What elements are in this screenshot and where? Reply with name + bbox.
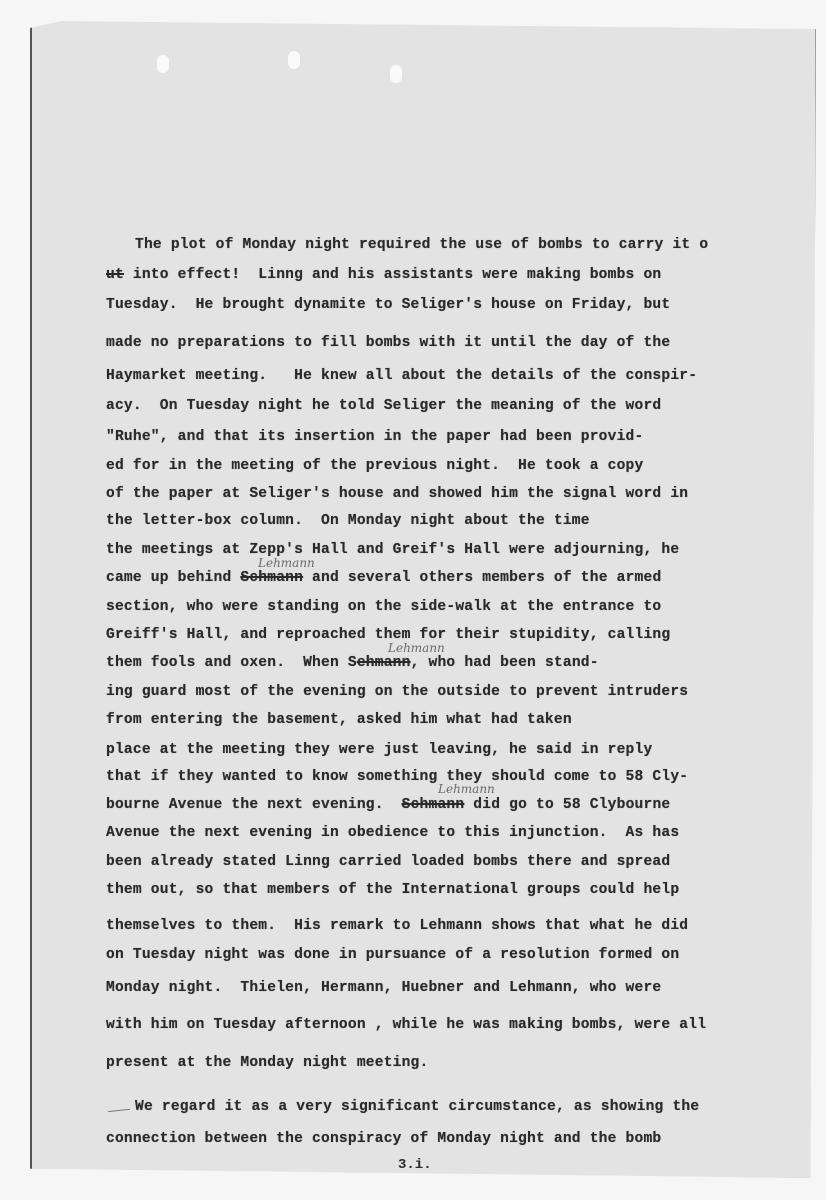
text-line: Tuesday. He brought dynamite to Seliger'… xyxy=(106,296,670,314)
text-segment: did go to 58 Clybourne xyxy=(464,797,670,813)
handwritten-annotation: Lehmann xyxy=(438,782,495,796)
punch-hole xyxy=(157,55,169,73)
punch-hole xyxy=(288,51,300,69)
text-line: the meetings at Zepp's Hall and Greif's … xyxy=(106,541,679,559)
text-line: We regard it as a very significant circu… xyxy=(135,1098,699,1116)
text-line: that if they wanted to know something th… xyxy=(106,768,688,786)
document-page xyxy=(30,14,816,1178)
text-line: Avenue the next evening in obedience to … xyxy=(106,824,679,842)
text-line: the letter-box column. On Monday night a… xyxy=(106,512,590,530)
text-line: The plot of Monday night required the us… xyxy=(135,236,708,254)
text-line: Monday night. Thielen, Hermann, Huebner … xyxy=(106,979,661,997)
text-line: Haymarket meeting. He knew all about the… xyxy=(106,367,697,385)
text-line: them out, so that members of the Interna… xyxy=(106,881,679,899)
text-segment: and several others members of the armed xyxy=(303,570,661,586)
text-line: ut into effect! Linng and his assistants… xyxy=(106,266,661,284)
text-segment: them fools and oxen. When S xyxy=(106,655,357,671)
text-line: present at the Monday night meeting. xyxy=(106,1054,428,1072)
text-line: of the paper at Seliger's house and show… xyxy=(106,485,688,503)
struck-text: Schmann xyxy=(240,570,303,586)
text-line: bourne Avenue the next evening. Schmann … xyxy=(106,796,670,814)
text-line: connection between the conspiracy of Mon… xyxy=(106,1130,661,1148)
text-segment: , who had been stand- xyxy=(411,655,599,671)
text-line: "Ruhe", and that its insertion in the pa… xyxy=(106,428,643,446)
text-line: section, who were standing on the side-w… xyxy=(106,598,661,616)
struck-text: Schmann xyxy=(402,797,465,813)
text-segment: bourne Avenue the next evening. xyxy=(106,797,402,813)
page-number: 3.i. xyxy=(398,1157,432,1173)
text-line: been already stated Linng carried loaded… xyxy=(106,853,670,871)
text-line: place at the meeting they were just leav… xyxy=(106,741,652,759)
punch-hole xyxy=(390,65,402,83)
handwritten-annotation: Lehmann xyxy=(388,641,445,655)
text-line: them fools and oxen. When Sehmann, who h… xyxy=(106,654,599,672)
text-line: with him on Tuesday afternoon , while he… xyxy=(106,1016,706,1034)
text-line: made no preparations to fill bombs with … xyxy=(106,334,670,352)
text-line: on Tuesday night was done in pursuance o… xyxy=(106,946,679,964)
text-segment: came up behind xyxy=(106,570,240,586)
text-segment: into effect! Linng and his assistants we… xyxy=(124,267,661,283)
struck-text: ut xyxy=(106,267,124,283)
text-line: came up behind Schmann and several other… xyxy=(106,569,661,587)
handwritten-annotation: Lehmann xyxy=(258,556,315,570)
text-line: from entering the basement, asked him wh… xyxy=(106,711,572,729)
text-line: ing guard most of the evening on the out… xyxy=(106,683,688,701)
text-line: themselves to them. His remark to Lehman… xyxy=(106,917,688,935)
struck-text: ehmann xyxy=(357,655,411,671)
text-line: acy. On Tuesday night he told Seliger th… xyxy=(106,397,661,415)
text-line: ed for in the meeting of the previous ni… xyxy=(106,457,643,475)
